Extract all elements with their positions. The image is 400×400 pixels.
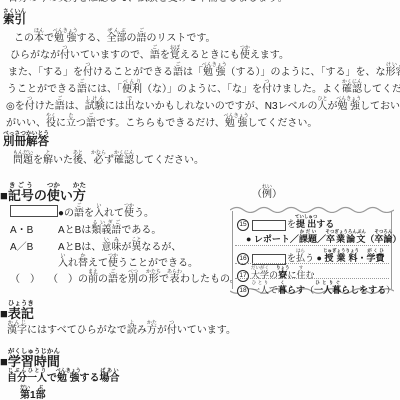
sakuin-line-2: ひらがなが付ついていますので、語ごを覚おぼえるときにも使つかえます。 xyxy=(10,45,289,63)
legend-row-ab-dot: A・B AとBは類義語るいぎごである。 xyxy=(10,220,161,238)
heading-kigou: ■記号きごうの使つかい方かた xyxy=(0,182,86,203)
gakushuu-line-1: 自分じぶん一人ひとりで勉強べんきょうする場合ばあい xyxy=(7,368,120,386)
sakuin-line-1: この本ほんで勉強べんきょうする、全部ぜんぶの語ごのリストです。 xyxy=(14,28,216,46)
legend-row-parens: （ ） （ ）の前まえの語ごを別べつの形かたちで表あらわわしたもの。 xyxy=(10,269,240,287)
legend-text: AとBは類義語るいぎごである。 xyxy=(58,220,161,238)
circled-number-18: 18 xyxy=(237,285,249,297)
example-label: （例れい） xyxy=(252,184,282,202)
gakushuu-line-2: 第だい1部ぶ xyxy=(20,385,46,400)
legend-symbol: A／B xyxy=(10,240,58,255)
legend-text: ●の語ごを入いれて使つかう。 xyxy=(58,203,154,221)
dotted-separator xyxy=(235,278,389,279)
blank-box-rect xyxy=(10,205,58,217)
legend-symbol: （ ） xyxy=(10,272,48,287)
dotted-separator xyxy=(235,245,389,246)
sakuin-line-3: また、「する」を付つけることができる語ごは「勉強べんきょう（する）」のように、「… xyxy=(8,62,400,80)
sakuin-line-6: がいい、役やくに立たつ語ごです。こちらもできるだけ、勉強べんきょうしてください。 xyxy=(6,113,317,131)
heading-bessatsu: 別冊解答べっさつかいとう xyxy=(3,131,49,149)
example-text: 一人ひとりで暮くらす（一人暮ひとりぐらしをする） xyxy=(251,280,395,297)
example-row-18: 18 一人ひとりで暮くらす（一人暮ひとりぐらしをする） xyxy=(237,280,395,297)
dotted-separator xyxy=(235,263,389,264)
example-subtext: ● レポート／課題かだい／卒業論文そつぎょうろんぶん（卒論そつろん） xyxy=(246,229,400,246)
heading-hyouki: ■表記ひょうき xyxy=(0,300,34,321)
hyouki-line: 漢字かんじにはすべてひらがなで読よみ方かたが付ついています。 xyxy=(7,320,236,338)
legend-text: （ ）の前まえの語ごを別べつの形かたちで表あらわわしたもの。 xyxy=(48,269,240,287)
bessatsu-line: 問題もんだいを解といた後あと、必かならず確認かくにんしてください。 xyxy=(13,150,204,168)
example-box: 15 を提出ていしゅつする ● レポート／課題かだい／卒業論文そつぎょうろんぶん… xyxy=(232,205,392,295)
heading-gakushuu: ■学習時間がくしゅうじかん xyxy=(0,348,60,369)
sakuin-line-5: ◎を付つけた語ごは、試験しけんには出でないかもしれないのですが、N3レベルの人ひ… xyxy=(6,96,400,114)
legend-row-box: ●の語ごを入いれて使つかう。 xyxy=(10,203,154,221)
book-page: 自分の今の実力を確認して、試験を受ける準備をしましょう。 索引さくいん この本ほ… xyxy=(0,0,400,400)
heading-sakuin: 索引さくいん xyxy=(3,9,26,27)
intro-clipped-line: 自分の今の実力を確認して、試験を受ける準備をしましょう。 xyxy=(8,0,288,6)
example-row-15-sub: ● レポート／課題かだい／卒業論文そつぎょうろんぶん（卒論そつろん） xyxy=(246,229,400,246)
legend-symbol: A・B xyxy=(10,223,58,238)
blank-box xyxy=(10,205,58,221)
sakuin-line-4: うことができる語ごには、「便利べんり（な）」のように、「な」を付つけました。よく… xyxy=(7,79,400,97)
